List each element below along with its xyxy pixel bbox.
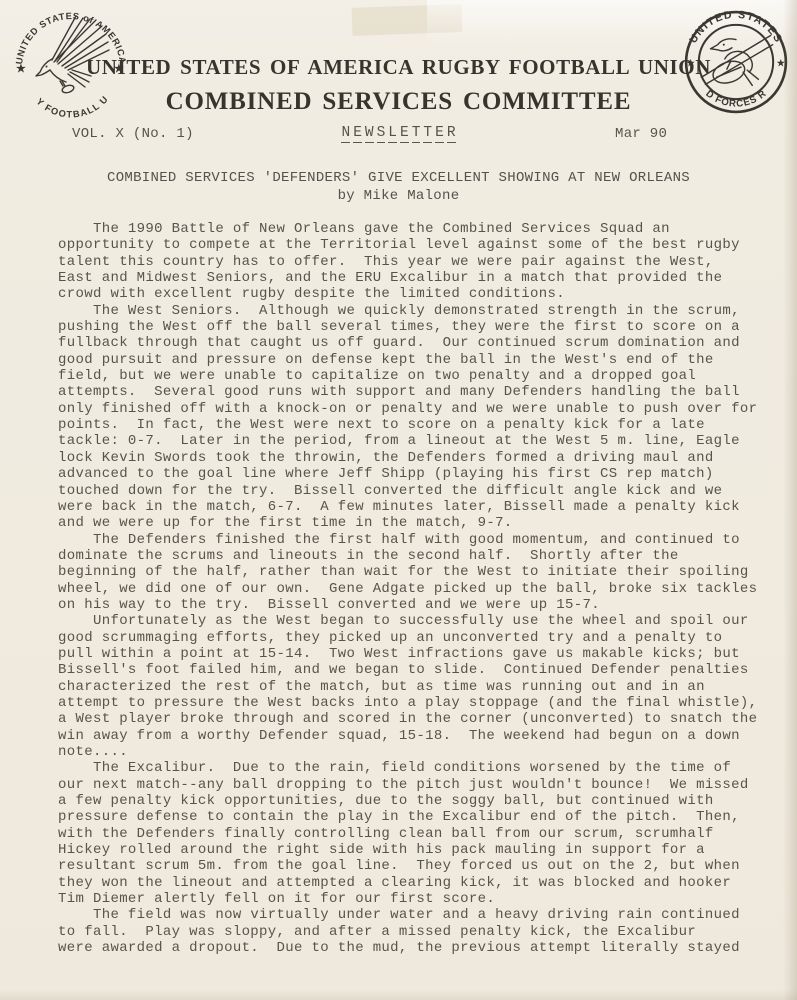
page-edge-shadow [783, 0, 797, 1000]
article-title: COMBINED SERVICES 'DEFENDERS' GIVE EXCEL… [0, 170, 797, 186]
article-paragraph: The 1990 Battle of New Orleans gave the … [58, 221, 770, 303]
article-paragraph: The Excalibur. Due to the rain, field co… [58, 760, 770, 907]
article-paragraph: The Defenders finished the first half wi… [58, 532, 770, 614]
scanned-newsletter-page: UNITED STATES of AMERICA RUGBY FOOTBALL … [0, 0, 797, 1000]
issue-date: Mar 90 [615, 126, 667, 142]
page-bottom-shade [0, 990, 797, 1000]
article-byline: by Mike Malone [0, 188, 797, 204]
org-title: UNITED STATES OF AMERICA RUGBY FOOTBALL … [0, 55, 797, 80]
article-paragraph: Unfortunately as the West began to succe… [58, 613, 770, 760]
article-body: The 1990 Battle of New Orleans gave the … [58, 221, 770, 956]
newsletter-heading: NEWSLETTER [0, 125, 797, 143]
article-paragraph: The field was now virtually under water … [58, 907, 770, 956]
committee-title: COMBINED SERVICES COMMITTEE [0, 88, 797, 116]
article-paragraph: The West Seniors. Although we quickly de… [58, 303, 770, 532]
